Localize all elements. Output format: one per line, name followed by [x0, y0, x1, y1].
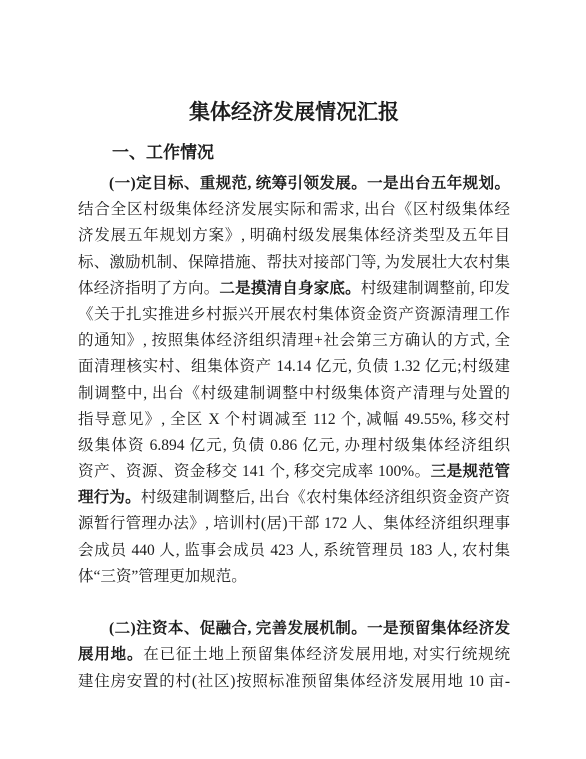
bold-text-segment: 理行为。: [78, 489, 141, 506]
section-heading: 一、工作情况: [78, 142, 510, 164]
text-segment: 村级建制调整后, 出台《农村集体经济组织资金资产资: [141, 489, 510, 506]
text-segment: 资产、资源、资金移交 141 个, 移交完成率 100%。: [78, 463, 431, 480]
text-segment: 村级建制调整前, 印发: [361, 280, 510, 297]
document-body: (一)定目标、重规范, 统筹引领发展。一是出台五年规划。结合全区村级集体经济发展…: [78, 171, 510, 695]
bold-text-segment: 展用地。: [78, 646, 143, 663]
text-line: 面清理核实村、组集体资产 14.14 亿元, 负债 1.32 亿元;村级建: [78, 354, 510, 380]
text-segment: 体经济指明了方向。: [78, 280, 219, 297]
text-segment: 体“三资”管理更加规范。: [78, 568, 247, 585]
text-line: 会成员 440 人, 监事会成员 423 人, 系统管理员 183 人, 农村集: [78, 538, 510, 564]
text-segment: 制调整中, 出台《村级建制调整中村级集体资产清理与处置的: [78, 385, 510, 402]
bold-text-segment: (二)注资本、促融合, 完善发展机制。一是预留集体经济发: [109, 620, 510, 637]
text-line: 源暂行管理办法》, 培训村(居)干部 172 人、集体经济组织理事: [78, 511, 510, 537]
text-segment: 级集体资 6.894 亿元, 负债 0.86 亿元, 办理村级集体经济组织: [78, 437, 510, 454]
text-segment: 在已征土地上预留集体经济发展用地, 对实行统规统: [143, 646, 510, 663]
text-line: 体“三资”管理更加规范。: [78, 564, 510, 590]
text-line: 理行为。村级建制调整后, 出台《农村集体经济组织资金资产资: [78, 485, 510, 511]
paragraph: (一)定目标、重规范, 统筹引领发展。一是出台五年规划。结合全区村级集体经济发展…: [78, 171, 510, 590]
page-title: 集体经济发展情况汇报: [78, 97, 510, 127]
text-line: 资产、资源、资金移交 141 个, 移交完成率 100%。三是规范管: [78, 459, 510, 485]
bold-text-segment: 三是规范管: [431, 463, 510, 480]
text-line: 级集体资 6.894 亿元, 负债 0.86 亿元, 办理村级集体经济组织: [78, 433, 510, 459]
text-segment: 的通知》, 按照集体经济组织清理+社会第三方确认的方式, 全: [78, 332, 510, 349]
text-segment: 会成员 440 人, 监事会成员 423 人, 系统管理员 183 人, 农村集: [78, 542, 510, 559]
bold-text-segment: 二是摸清自身家底。: [219, 280, 360, 297]
text-line: 济发展五年规划方案》, 明确村级发展集体经济类型及五年目: [78, 223, 510, 249]
text-line: 指导意见》, 全区 X 个村调减至 112 个, 减幅 49.55%, 移交村: [78, 407, 510, 433]
text-segment: 标、激励机制、保障措施、帮扶对接部门等, 为发展壮大农村集: [78, 254, 510, 271]
text-line: 标、激励机制、保障措施、帮扶对接部门等, 为发展壮大农村集: [78, 250, 510, 276]
bold-text-segment: (一)定目标、重规范, 统筹引领发展。一是出台五年规划。: [109, 175, 510, 192]
text-segment: 指导意见》, 全区 X 个村调减至 112 个, 减幅 49.55%, 移交村: [78, 411, 510, 428]
text-line: (二)注资本、促融合, 完善发展机制。一是预留集体经济发: [78, 616, 510, 642]
text-line: 制调整中, 出台《村级建制调整中村级集体资产清理与处置的: [78, 381, 510, 407]
text-line: 《关于扎实推进乡村振兴开展农村集体资金资产资源清理工作: [78, 302, 510, 328]
document-page: 集体经济发展情况汇报 一、工作情况 (一)定目标、重规范, 统筹引领发展。一是出…: [0, 0, 586, 759]
text-segment: 结合全区村级集体经济发展实际和需求, 出台《区村级集体经: [78, 201, 510, 218]
text-segment: 济发展五年规划方案》, 明确村级发展集体经济类型及五年目: [78, 227, 510, 244]
text-line: 建住房安置的村(社区)按照标准预留集体经济发展用地 10 亩-: [78, 669, 510, 695]
text-line: 展用地。在已征土地上预留集体经济发展用地, 对实行统规统: [78, 642, 510, 668]
text-line: (一)定目标、重规范, 统筹引领发展。一是出台五年规划。: [78, 171, 510, 197]
text-line: 体经济指明了方向。二是摸清自身家底。村级建制调整前, 印发: [78, 276, 510, 302]
text-segment: 源暂行管理办法》, 培训村(居)干部 172 人、集体经济组织理事: [78, 515, 510, 532]
text-segment: 建住房安置的村(社区)按照标准预留集体经济发展用地 10 亩-: [78, 673, 510, 690]
text-segment: 《关于扎实推进乡村振兴开展农村集体资金资产资源清理工作: [78, 306, 510, 323]
text-segment: 面清理核实村、组集体资产 14.14 亿元, 负债 1.32 亿元;村级建: [78, 358, 510, 375]
text-line: 结合全区村级集体经济发展实际和需求, 出台《区村级集体经: [78, 197, 510, 223]
paragraph: (二)注资本、促融合, 完善发展机制。一是预留集体经济发展用地。在已征土地上预留…: [78, 616, 510, 695]
text-line: 的通知》, 按照集体经济组织清理+社会第三方确认的方式, 全: [78, 328, 510, 354]
